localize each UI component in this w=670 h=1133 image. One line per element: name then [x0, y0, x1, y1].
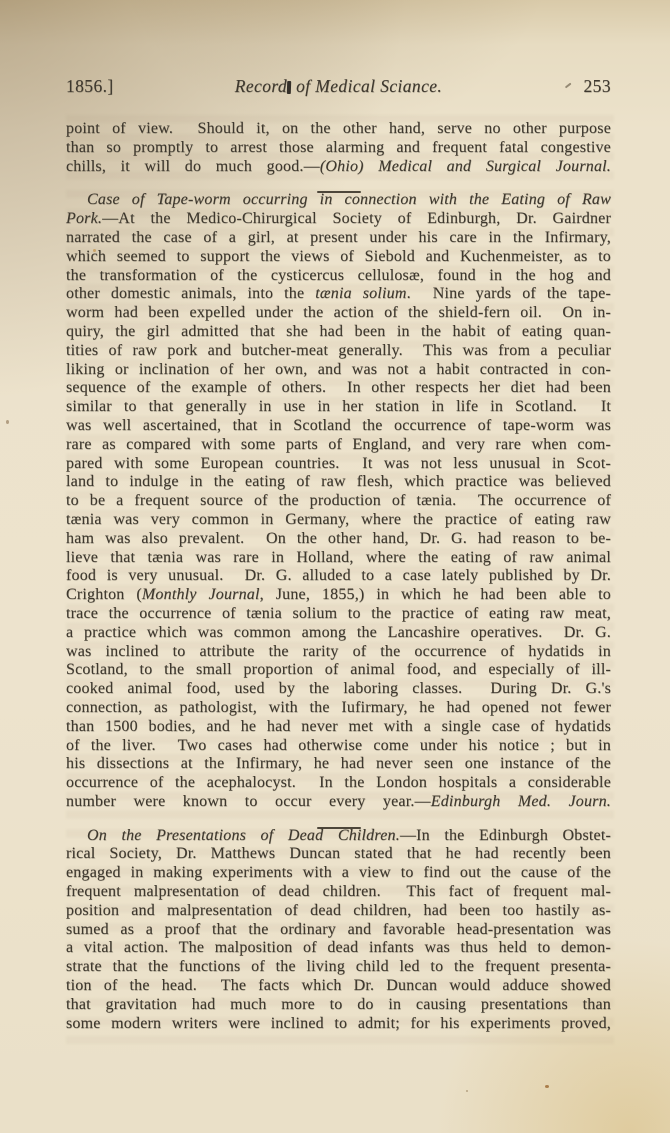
foxing-speck: [6, 420, 9, 424]
text-line: that gravitation had much more to do in …: [66, 996, 611, 1015]
text-line: occurrence of the acephalocyst. In the L…: [66, 774, 611, 793]
text-line: narrated the case of a girl, at present …: [66, 229, 611, 248]
text-line: Crighton (Monthly Journal, June, 1855,) …: [66, 586, 611, 605]
text-line: which seemed to support the views of Sie…: [66, 248, 611, 267]
text-line: tities of raw pork and butcher-meat gene…: [66, 342, 611, 361]
stray-ink-mark: [564, 83, 571, 89]
text-line: rare as compared with some parts of Engl…: [66, 436, 611, 455]
text-line: a vital action. The malposition of dead …: [66, 939, 611, 958]
paragraph: point of view. Should it, on the other h…: [66, 120, 611, 176]
text-line: tion of the head. The facts which Dr. Du…: [66, 977, 611, 996]
text-line: trace the occurrence of tænia solium to …: [66, 605, 611, 624]
text-line: chills, it will do much good.—(Ohio) Med…: [66, 158, 611, 177]
text-line: tænia was very common in Germany, where …: [66, 511, 611, 530]
text-line: position and malpresentation of dead chi…: [66, 902, 611, 921]
text-line: food is very unusual. Dr. G. alluded to …: [66, 567, 611, 586]
text-line: Pork.—At the Medico-Chirurgical Society …: [66, 210, 611, 229]
text-line: than so promptly to arrest those alarmin…: [66, 139, 611, 158]
text-line: the transformation of the cysticercus ce…: [66, 267, 611, 286]
text-line: was well ascertained, that in Scotland t…: [66, 417, 611, 436]
text-line: was inclined to attribute the rarity of …: [66, 643, 611, 662]
page-number: 253: [584, 76, 611, 96]
section-divider: [66, 816, 611, 821]
text-line: of the liver. Two cases had otherwise co…: [66, 737, 611, 756]
foxing-speck: [466, 1090, 468, 1092]
text-line: liking or inclination of her own, and wa…: [66, 361, 611, 380]
text-line: engaged in making experiments with a vie…: [66, 864, 611, 883]
text-line: quiry, the girl admitted that she had be…: [66, 323, 611, 342]
page-body: point of view. Should it, on the other h…: [66, 120, 611, 1033]
section-divider: [66, 180, 611, 185]
text-line: frequent malpresentation of dead childre…: [66, 883, 611, 902]
ink-blot-artifact: [287, 81, 291, 94]
text-line: strate that the functions of the living …: [66, 958, 611, 977]
text-line: sequence of the example of others. In ot…: [66, 379, 611, 398]
header-title-pre: Record: [235, 76, 287, 96]
page-number-wrap: 253: [521, 76, 611, 97]
text-line: to be a frequent source of the productio…: [66, 492, 611, 511]
text-line: sumed as a proof that the ordinary and f…: [66, 921, 611, 940]
scanned-journal-page: { "colors": { "paper": "#ece2cb", "ink":…: [0, 0, 670, 1133]
text-line: point of view. Should it, on the other h…: [66, 120, 611, 139]
text-line: lieve that tænia was rare in Holland, wh…: [66, 549, 611, 568]
text-line: than 1500 bodies, and he had never met w…: [66, 718, 611, 737]
text-line: cooked animal food, used by the laboring…: [66, 680, 611, 699]
text-line: Scotland, to the small proportion of ani…: [66, 661, 611, 680]
text-line: ham was also prevalent. On the other han…: [66, 530, 611, 549]
text-line: connection, as pathologist, with the Iuf…: [66, 699, 611, 718]
text-line: Case of Tape-worm occurring in connectio…: [66, 191, 611, 210]
running-header: 1856.] Recordof Medical Sciance. 253: [66, 76, 611, 97]
text-line: On the Presentations of Dead Children.—I…: [66, 827, 611, 846]
text-line: number were known to occur every year.—E…: [66, 793, 611, 812]
paragraph: Case of Tape-worm occurring in connectio…: [66, 191, 611, 811]
text-line: some modern writers were inclined to adm…: [66, 1015, 611, 1034]
header-journal-title: Recordof Medical Sciance.: [235, 76, 442, 97]
text-line: worm had been expelled under the action …: [66, 304, 611, 323]
header-title-post: of Medical Sciance.: [296, 76, 442, 96]
text-line: rical Society, Dr. Matthews Duncan state…: [66, 845, 611, 864]
text-line: similar to that generally in use in her …: [66, 398, 611, 417]
text-line: his dissections at the Infirmary, he had…: [66, 755, 611, 774]
text-line: a practice which was common among the La…: [66, 624, 611, 643]
paragraph: On the Presentations of Dead Children.—I…: [66, 827, 611, 1034]
header-year: 1856.]: [66, 76, 156, 97]
text-line: pared with some European countries. It w…: [66, 455, 611, 474]
text-line: land to indulge in the eating of raw fle…: [66, 473, 611, 492]
foxing-speck: [545, 1085, 549, 1088]
text-line: other domestic animals, into the tænia s…: [66, 285, 611, 304]
